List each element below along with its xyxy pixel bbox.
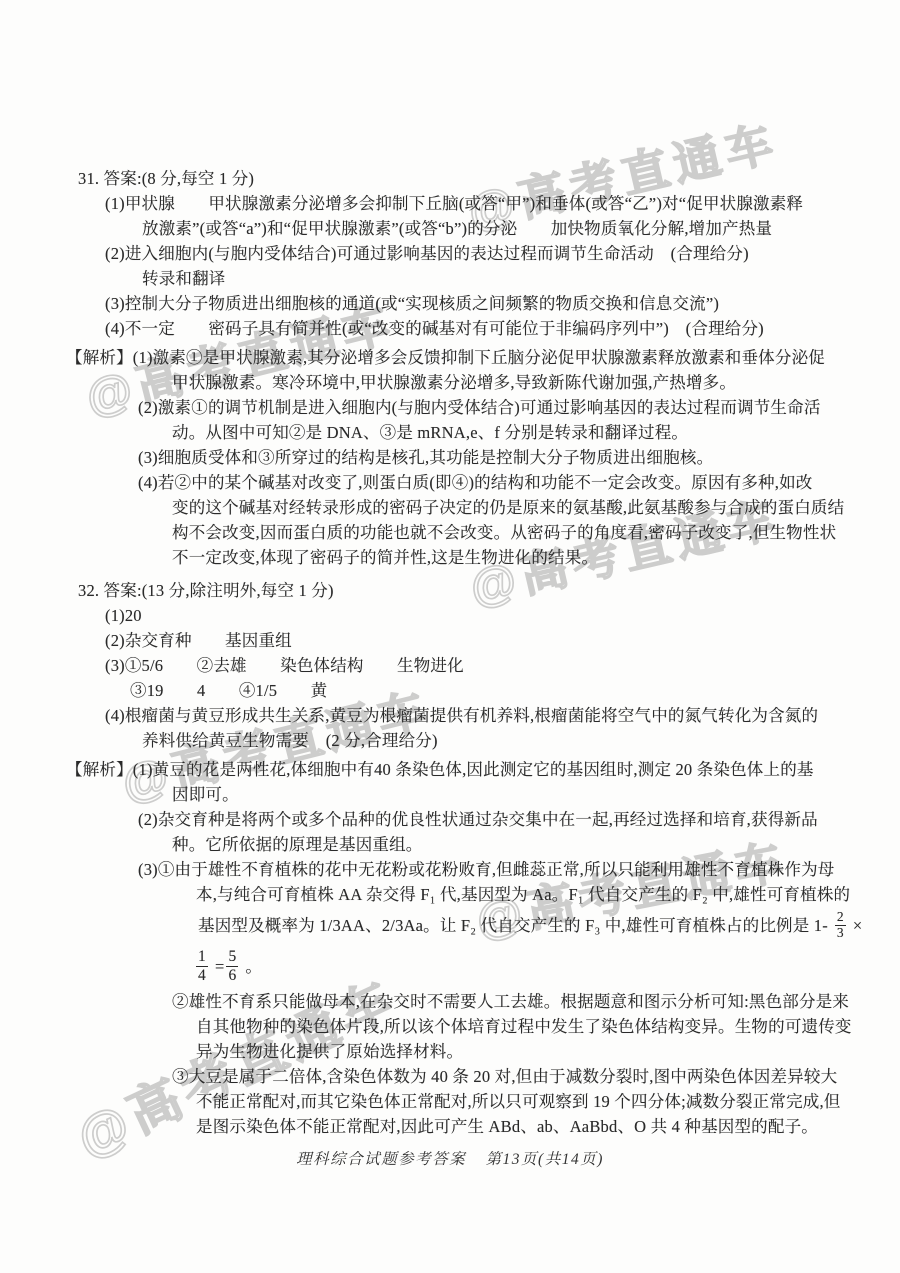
- q31-answer-line-6: (4)不一定 密码子具有简并性(或“改变的碱基对有可能位于非编码序列中”) (合…: [105, 316, 900, 341]
- q31-answer-line-3: (2)进入细胞内(与胞内受体结合)可通过影响基因的表达过程而调节生命活动 (合理…: [105, 241, 900, 266]
- q32-analysis-line-10: 自其他物种的染色体片段,所以该个体培育过程中发生了染色体结构变异。生物的可遗传变: [196, 1014, 900, 1039]
- q32-analysis-line-6: 本,与纯合可育植株 AA 杂交得 F₁ 代,基因型为 Aa。F₁ 代自交产生的 …: [196, 882, 900, 907]
- exam-answer-page: @高考直通车 @高考直通车 @高考直通车 @高考直通车 @高考直通车 @高考直通…: [0, 0, 900, 1273]
- q31-analysis-line-3: (2)激素①的调节机制是进入细胞内(与胞内受体结合)可通过影响基因的表达过程而调…: [138, 395, 900, 420]
- q31-answer-line-4: 转录和翻译: [142, 266, 900, 291]
- equals-sign: =: [215, 954, 225, 979]
- q31-answer-line-5: (3)控制大分子物质进出细胞核的通道(或“实现核质之间频繁的物质交换和信息交流”…: [105, 291, 900, 316]
- q31-analysis-line-6: (4)若②中的某个碱基对改变了,则蛋白质(即④)的结构和功能不一定会改变。原因有…: [138, 470, 900, 495]
- q31-analysis-line-5: (3)细胞质受体和③所穿过的结构是核孔,其功能是控制大分子物质进出细胞核。: [138, 445, 900, 470]
- fraction-line-text: 基因型及概率为 1/3AA、2/3Aa。让 F₂ 代自交产生的 F₃ 中,雄性可…: [198, 913, 828, 938]
- q31-heading: 31. 答案:(8 分,每空 1 分): [78, 166, 900, 191]
- fraction-one-quarter: 14: [196, 948, 208, 983]
- q32-answer-line-4: ③19 4 ④1/5 黄: [130, 678, 900, 703]
- q31-analysis-line-8: 构不会改变,因而蛋白质的功能也就不会改变。从密码子的角度看,密码子改变了,但生物…: [172, 520, 900, 545]
- fraction-numerator: 1: [196, 948, 208, 965]
- footer-document-title: 理科综合试题参考答案: [296, 1151, 466, 1168]
- q31-analysis-line-2: 甲状腺激素。寒冷环境中,甲状腺激素分泌增多,导致新陈代谢加强,产热增多。: [172, 370, 900, 395]
- q32-analysis-line-9: ②雄性不育系只能做母本,在杂交时不需要人工去雄。根据题意和图示分析可知:黑色部分…: [172, 989, 900, 1014]
- q31-analysis-line-9: 不一定改变,体现了密码子的简并性,这是生物进化的结果。: [172, 545, 900, 570]
- q32-analysis-line-1: 【解析】(1)黄豆的花是两性花,体细胞中有40 条染色体,因此测定它的基因组时,…: [66, 757, 900, 782]
- q32-answer-line-1: (1)20: [105, 603, 900, 628]
- q31-analysis-line-1: 【解析】(1)激素①是甲状腺激素,其分泌增多会反馈抑制下丘脑分泌促甲状腺激素释放…: [66, 345, 900, 370]
- q31-analysis-line-4: 动。从图中可知②是 DNA、③是 mRNA,e、f 分别是转录和翻译过程。: [172, 420, 900, 445]
- q32-answer-line-2: (2)杂交育种 基因重组: [105, 628, 900, 653]
- page-footer: 理科综合试题参考答案 第13页(共14页): [0, 1147, 900, 1169]
- q31-answer-line-1: (1)甲状腺 甲状腺激素分泌增多会抑制下丘脑(或答“甲”)和垂体(或答“乙”)对…: [105, 191, 900, 216]
- fraction-numerator: 5: [226, 948, 238, 965]
- q31-analysis-line-7: 变的这个碱基对经转录形成的密码子决定的仍是原来的氨基酸,此氨基酸参与合成的蛋白质…: [172, 495, 900, 520]
- q32-analysis-line-12: ③大豆是属于二倍体,含染色体数为 40 条 20 对,但由于减数分裂时,图中两染…: [172, 1064, 900, 1089]
- q32-analysis-line-13: 不能正常配对,而其它染色体正常配对,所以只可观察到 19 个四分体;减数分裂正常…: [196, 1089, 900, 1114]
- q32-answer-line-3: (3)①5/6 ②去雄 染色体结构 生物进化: [105, 653, 900, 678]
- q32-analysis-line-14: 是图示染色体不能正常配对,因此可产生 ABd、ab、AaBbd、O 共 4 种基…: [196, 1114, 900, 1139]
- full-stop: 。: [245, 954, 262, 979]
- q32-analysis-line-2: 因即可。: [172, 782, 900, 807]
- q32-answer-line-5: (4)根瘤菌与黄豆形成共生关系,黄豆为根瘤菌提供有机养料,根瘤菌能将空气中的氮气…: [105, 703, 900, 728]
- answer-key-content: 31. 答案:(8 分,每空 1 分) (1)甲状腺 甲状腺激素分泌增多会抑制下…: [0, 166, 900, 1169]
- q32-analysis-line-5: (3)①由于雄性不育植株的花中无花粉或花粉败育,但雌蕊正常,所以只能利用雄性不育…: [138, 857, 900, 882]
- q32-analysis-fraction-line-2: 14 = 56 。: [196, 943, 900, 989]
- fraction-numerator: 2: [835, 910, 846, 925]
- q32-analysis-line-11: 异为生物进化提供了原始选择材料。: [196, 1039, 900, 1064]
- q32-analysis-line-4: 种。它所依据的原理是基因重组。: [172, 832, 900, 857]
- q32-answer-line-6: 养料供给黄豆生物需要 (2 分,合理给分): [142, 728, 900, 753]
- q32-heading: 32. 答案:(13 分,除注明外,每空 1 分): [78, 578, 900, 603]
- q31-answer-line-2: 放激素”(或答“a”)和“促甲状腺激素”(或答“b”)的分泌 加快物质氧化分解,…: [142, 216, 900, 241]
- fraction-denominator: 3: [835, 925, 846, 941]
- fraction-denominator: 6: [226, 966, 238, 984]
- footer-page-number: 第13页(共14页): [486, 1151, 604, 1168]
- fraction-five-sixths: 56: [226, 948, 238, 983]
- fraction-two-thirds: 23: [835, 910, 846, 941]
- multiplication-sign: ×: [853, 913, 863, 938]
- fraction-denominator: 4: [196, 966, 208, 984]
- q32-analysis-fraction-line-1: 基因型及概率为 1/3AA、2/3Aa。让 F₂ 代自交产生的 F₃ 中,雄性可…: [196, 907, 900, 943]
- q32-analysis-line-3: (2)杂交育种是将两个或多个品种的优良性状通过杂交集中在一起,再经过选择和培育,…: [138, 807, 900, 832]
